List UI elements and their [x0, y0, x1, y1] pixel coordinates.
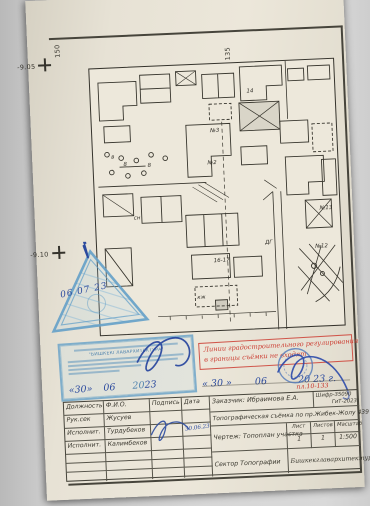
col-header-date: Дата: [182, 397, 211, 411]
frame-top-label: 135: [223, 47, 232, 61]
map-label: №12: [315, 243, 328, 250]
stamp-signature: [128, 324, 211, 387]
empty-row-cell: [153, 468, 185, 479]
sheet-label: Лист: [287, 422, 312, 435]
row2-date: 30.06.23: [183, 422, 212, 436]
map-label: ДГ: [265, 240, 273, 246]
map-label: в: [111, 154, 115, 160]
pen-scribble: [82, 239, 88, 258]
sector-cell: Сектор Топографии: [212, 449, 289, 476]
sheets-label: Листов: [311, 421, 336, 434]
map-label: 8: [123, 162, 127, 168]
empty-row-cell: [107, 469, 153, 481]
empty-row-cell: [67, 471, 107, 483]
scanned-topographic-plan-photo: { "document": { "type": "Топографическая…: [0, 0, 370, 506]
sheet-border-top: [49, 25, 343, 40]
elevation-label-top-vertical: 150: [53, 44, 62, 58]
organization-cell: Бишкекглавархитектура: [288, 446, 362, 473]
sheet-value: 1: [287, 434, 312, 449]
empty-row-cell: [185, 466, 213, 477]
elevation-label-top: -9.05: [17, 63, 36, 72]
page-reference: пл.10-133: [296, 382, 329, 390]
row3-date: [183, 435, 212, 449]
grid-cross-top: [38, 58, 52, 72]
map-label: сн: [134, 215, 141, 221]
paper-sheet: -9.05 150 -9.10 135: [25, 0, 365, 501]
map-label: №2: [207, 160, 216, 166]
map-label: 16-17: [214, 258, 230, 265]
scale-value: 1:500: [335, 432, 361, 447]
sheets-value: 1: [311, 433, 336, 448]
map-label: кж: [197, 295, 206, 301]
map-label: 8: [147, 163, 151, 169]
map-label: №13: [319, 205, 332, 212]
drawing-name-cell: Чертеж: Топоплан участка: [211, 423, 288, 452]
title-block: Должность Ф.И.О. Подпись Дата Рук.сек Жу…: [63, 389, 361, 482]
map-label: №3: [210, 128, 219, 134]
map-label: 14: [246, 88, 253, 94]
